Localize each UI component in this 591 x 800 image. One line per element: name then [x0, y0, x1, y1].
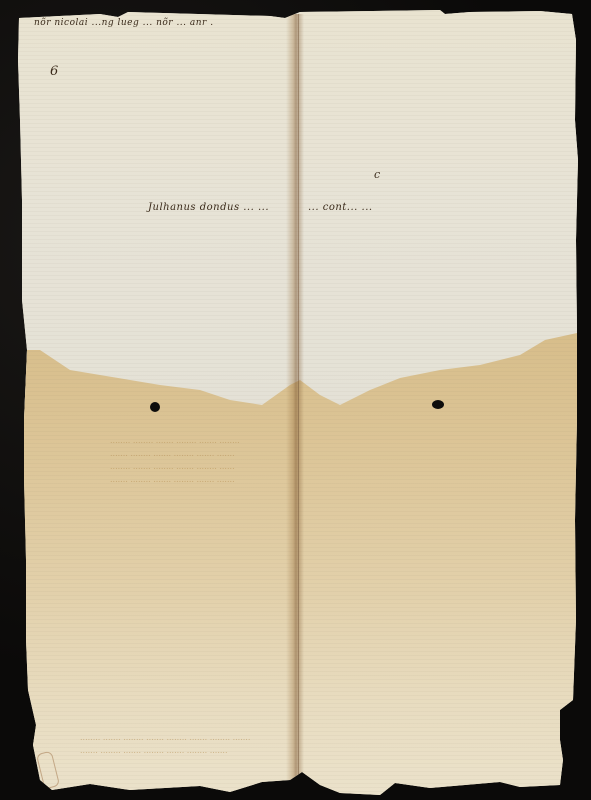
bleed-through-line: ........ ........ ....... ........ .....…: [110, 436, 240, 445]
bleed-through-line: ........ ....... ........ ....... ......…: [110, 462, 235, 471]
bleed-through-line: ....... ........ ....... ........ ......…: [80, 746, 228, 755]
fold-crease: [298, 14, 299, 794]
worm-hole-left: [150, 402, 160, 412]
docket-left: Julhanus dondus ... ...: [148, 202, 269, 213]
parchment: nõr nicolai ...ng lueg ... nõr ... anr .…: [0, 0, 591, 800]
stray-mark: c: [374, 168, 381, 181]
bleed-through-line: ....... ........ ....... ........ ......…: [110, 475, 235, 484]
docket-right: ... cont... ...: [308, 202, 373, 213]
worm-hole-right: [432, 400, 444, 409]
bleed-through-line: ........ ....... ........ ....... ......…: [80, 733, 250, 742]
folio-number: 6: [50, 64, 59, 79]
top-inscription: nõr nicolai ...ng lueg ... nõr ... anr .: [34, 18, 214, 28]
center-fold: [286, 14, 304, 794]
bleed-through-line: ....... ........ ....... ........ ......…: [110, 449, 235, 458]
manuscript-sheet: nõr nicolai ...ng lueg ... nõr ... anr .…: [0, 0, 591, 800]
